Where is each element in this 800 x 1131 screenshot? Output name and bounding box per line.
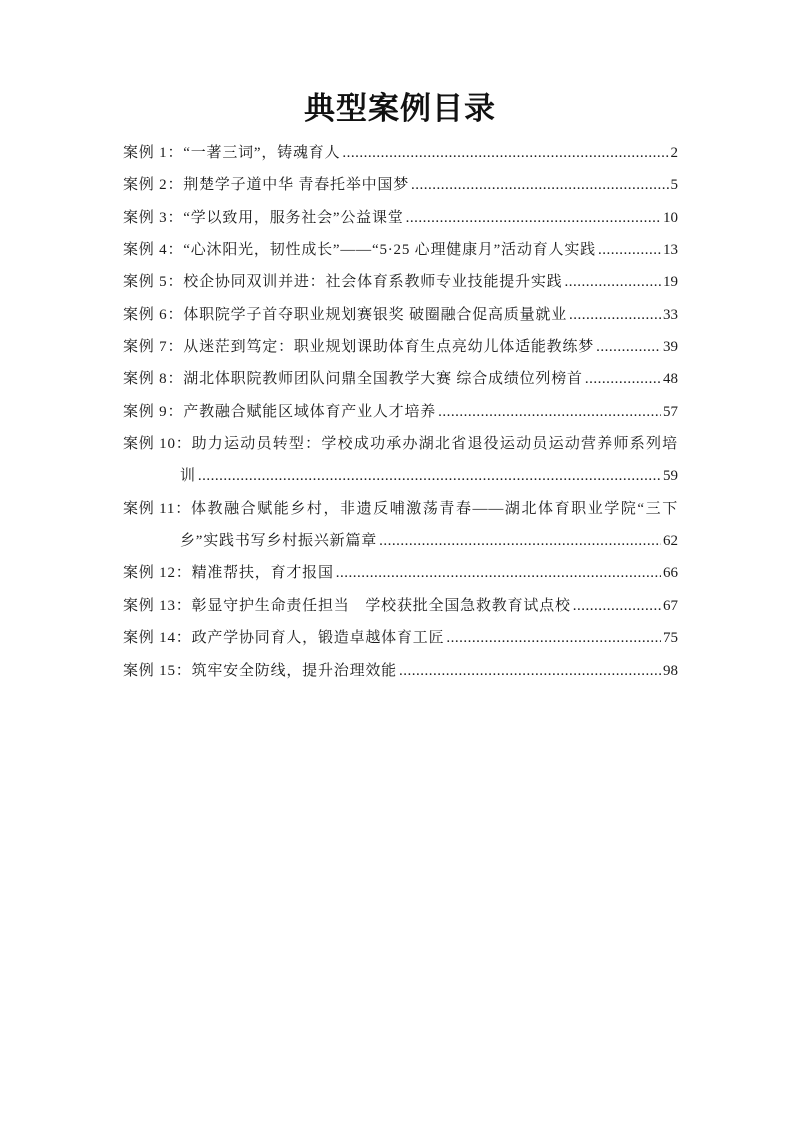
toc-entry-3[interactable]: 案例 3： “学以致用，服务社会”公益课堂 10 (123, 202, 678, 234)
entry-label: 案例 5： (123, 266, 183, 298)
page-number: 75 (663, 622, 678, 654)
toc-entry-15[interactable]: 案例 15： 筑牢安全防线，提升治理效能 98 (123, 655, 678, 687)
entry-title: 产教融合赋能区域体育产业人才培养 (183, 396, 436, 428)
dot-leader (379, 525, 661, 557)
toc-entry-13[interactable]: 案例 13： 彰显守护生命责任担当 学校获批全国急救教育试点校 67 (123, 590, 678, 622)
dot-leader (399, 655, 661, 687)
toc-entry-6[interactable]: 案例 6： 体职院学子首夺职业规划赛银奖 破圈融合促高质量就业 33 (123, 299, 678, 331)
entry-title-continued: 训 (180, 460, 196, 492)
dot-leader (411, 169, 668, 201)
entry-label: 案例 3： (123, 202, 183, 234)
page-number: 10 (663, 202, 678, 234)
page-number: 2 (671, 137, 679, 169)
entry-title: 荆楚学子道中华 青春托举中国梦 (183, 169, 409, 201)
table-of-contents: 案例 1： “一著三词”，铸魂育人 2 案例 2： 荆楚学子道中华 青春托举中国… (123, 137, 678, 687)
page-number: 66 (663, 557, 678, 589)
entry-label: 案例 8： (123, 363, 183, 395)
dot-leader (198, 460, 661, 492)
entry-label: 案例 1： (123, 137, 183, 169)
toc-entry-4[interactable]: 案例 4： “心沐阳光，韧性成长”——“5·25 心理健康月”活动育人实践 13 (123, 234, 678, 266)
entry-label: 案例 2： (123, 169, 183, 201)
page-number: 98 (663, 655, 678, 687)
toc-entry-8[interactable]: 案例 8： 湖北体职院教师团队问鼎全国教学大赛 综合成绩位列榜首 48 (123, 363, 678, 395)
dot-leader (573, 590, 661, 622)
toc-entry-9[interactable]: 案例 9： 产教融合赋能区域体育产业人才培养 57 (123, 396, 678, 428)
entry-title: 助力运动员转型：学校成功承办湖北省退役运动员运动营养师系列培 (192, 428, 678, 460)
toc-entry-7[interactable]: 案例 7： 从迷茫到笃定：职业规划课助体育生点亮幼儿体适能教练梦 39 (123, 331, 678, 363)
dot-leader (342, 137, 668, 169)
page-number: 48 (663, 363, 678, 395)
entry-title: “心沐阳光，韧性成长”——“5·25 心理健康月”活动育人实践 (183, 234, 596, 266)
dot-leader (569, 299, 661, 331)
dot-leader (598, 234, 661, 266)
page-number: 67 (663, 590, 678, 622)
entry-label: 案例 9： (123, 396, 183, 428)
entry-label: 案例 13： (123, 590, 192, 622)
dot-leader (585, 363, 661, 395)
entry-label: 案例 15： (123, 655, 192, 687)
dot-leader (596, 331, 661, 363)
entry-title: 筑牢安全防线，提升治理效能 (192, 655, 397, 687)
toc-entry-2[interactable]: 案例 2： 荆楚学子道中华 青春托举中国梦 5 (123, 169, 678, 201)
page-number: 19 (663, 266, 678, 298)
page-number: 62 (663, 525, 678, 557)
toc-entry-12[interactable]: 案例 12： 精准帮扶，育才报国 66 (123, 557, 678, 589)
toc-entry-1[interactable]: 案例 1： “一著三词”，铸魂育人 2 (123, 137, 678, 169)
page-number: 59 (663, 460, 678, 492)
entry-title: 精准帮扶，育才报国 (192, 557, 334, 589)
page-title: 典型案例目录 (0, 90, 800, 128)
entry-label: 案例 6： (123, 299, 183, 331)
page-number: 33 (663, 299, 678, 331)
toc-entry-10-line-1[interactable]: 案例 10： 助力运动员转型：学校成功承办湖北省退役运动员运动营养师系列培 (123, 428, 678, 460)
entry-title: “学以致用，服务社会”公益课堂 (183, 202, 403, 234)
entry-title-continued: 乡”实践书写乡村振兴新篇章 (180, 525, 377, 557)
page-number: 5 (671, 169, 679, 201)
document-page: 典型案例目录 案例 1： “一著三词”，铸魂育人 2 案例 2： 荆楚学子道中华… (0, 0, 800, 1131)
entry-label: 案例 14： (123, 622, 192, 654)
dot-leader (564, 266, 661, 298)
toc-entry-5[interactable]: 案例 5： 校企协同双训并进：社会体育系教师专业技能提升实践 19 (123, 266, 678, 298)
entry-title: 政产学协同育人，锻造卓越体育工匠 (192, 622, 445, 654)
dot-leader (406, 202, 661, 234)
dot-leader (438, 396, 661, 428)
toc-entry-14[interactable]: 案例 14： 政产学协同育人，锻造卓越体育工匠 75 (123, 622, 678, 654)
entry-label: 案例 12： (123, 557, 192, 589)
entry-title: 彰显守护生命责任担当 学校获批全国急救教育试点校 (192, 590, 571, 622)
page-number: 39 (663, 331, 678, 363)
entry-title: 从迷茫到笃定：职业规划课助体育生点亮幼儿体适能教练梦 (183, 331, 594, 363)
entry-title: 湖北体职院教师团队问鼎全国教学大赛 综合成绩位列榜首 (183, 363, 583, 395)
dot-leader (336, 557, 661, 589)
toc-entry-11-line-1[interactable]: 案例 11： 体教融合赋能乡村，非遗反哺激荡青春——湖北体育职业学院“三下 (123, 493, 678, 525)
toc-entry-10-line-2[interactable]: 训 59 (180, 460, 678, 492)
toc-entry-11-line-2[interactable]: 乡”实践书写乡村振兴新篇章 62 (180, 525, 678, 557)
entry-label: 案例 4： (123, 234, 183, 266)
entry-title: “一著三词”，铸魂育人 (183, 137, 340, 169)
page-number: 13 (663, 234, 678, 266)
entry-title: 校企协同双训并进：社会体育系教师专业技能提升实践 (183, 266, 562, 298)
entry-label: 案例 10： (123, 428, 192, 460)
dot-leader (446, 622, 661, 654)
entry-label: 案例 7： (123, 331, 183, 363)
entry-label: 案例 11： (123, 493, 191, 525)
entry-title: 体职院学子首夺职业规划赛银奖 破圈融合促高质量就业 (183, 299, 567, 331)
page-number: 57 (663, 396, 678, 428)
entry-title: 体教融合赋能乡村，非遗反哺激荡青春——湖北体育职业学院“三下 (191, 493, 678, 525)
